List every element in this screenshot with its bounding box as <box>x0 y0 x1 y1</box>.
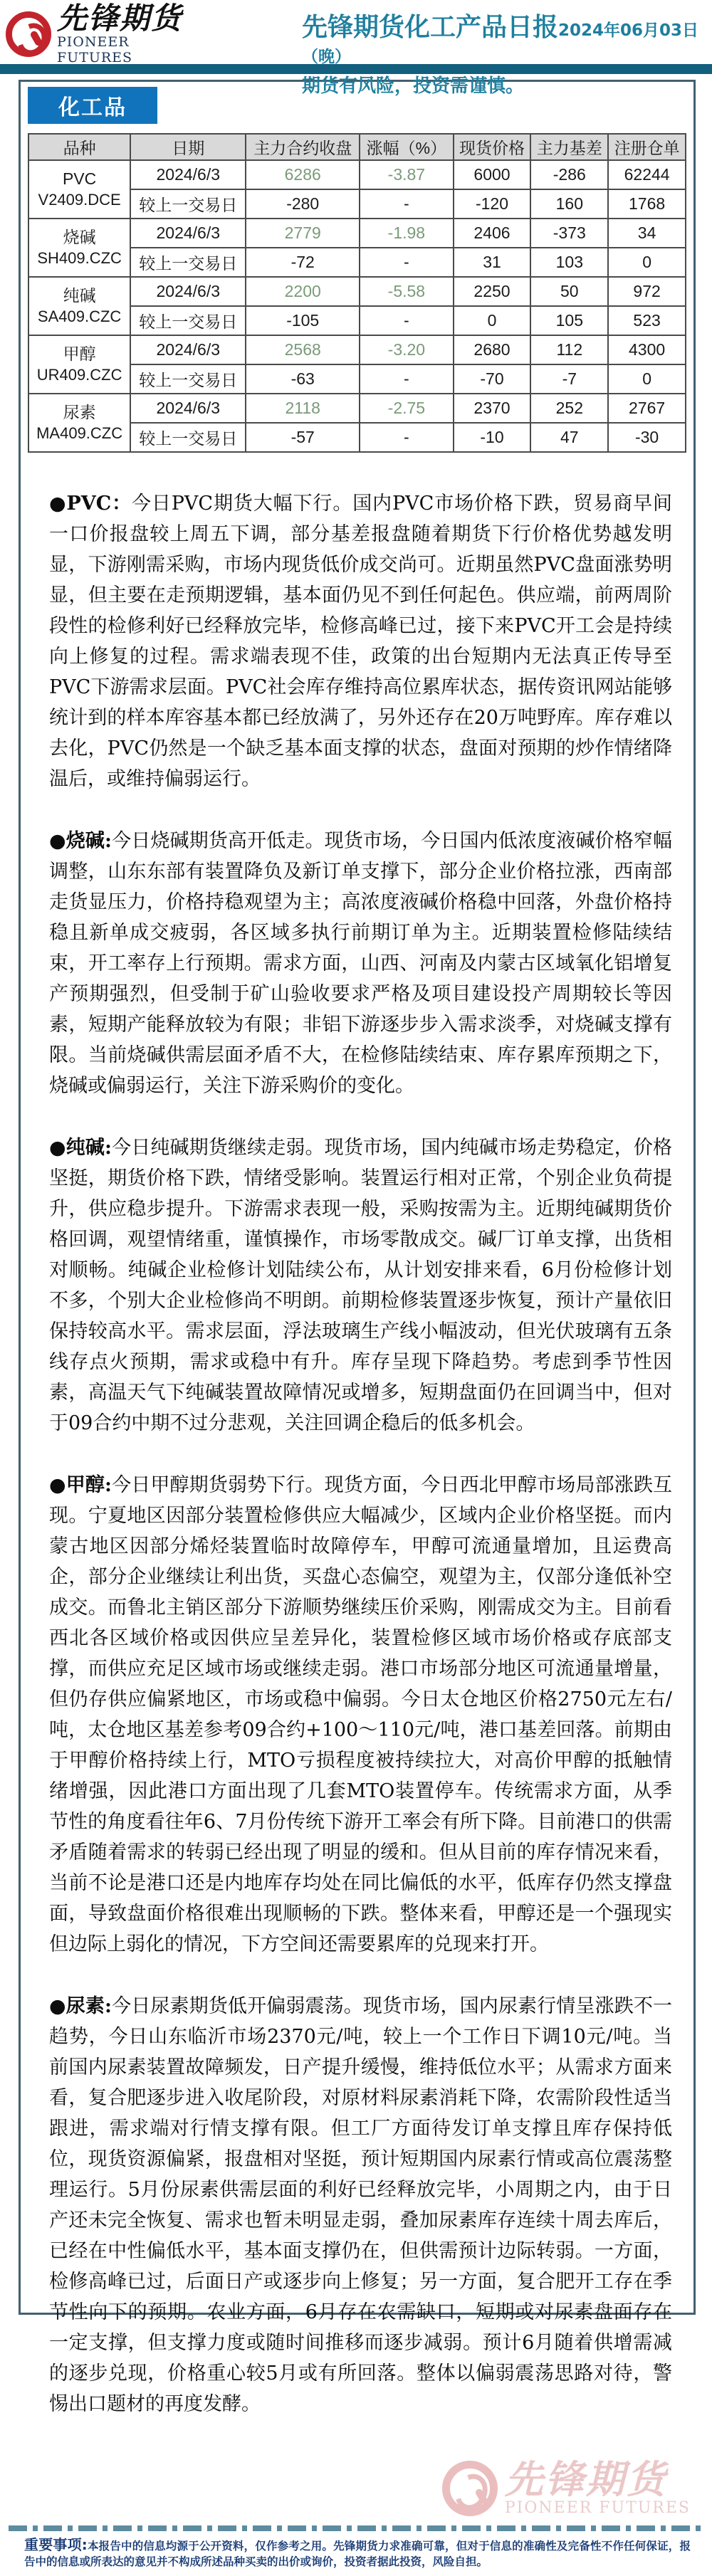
col-warrants: 注册仓单 <box>608 134 686 160</box>
product-name: 甲醇 <box>31 343 127 364</box>
cell-spot-chg: -10 <box>454 423 531 452</box>
content-box: 化工品 品种 日期 主力合约收盘 涨幅（%） 现货价格 主力基差 注册仓单 PV… <box>19 80 696 2315</box>
cell-spot-chg: -120 <box>454 189 531 219</box>
cell-basis-chg: 103 <box>530 248 608 277</box>
cell-date: 2024/6/3 <box>130 335 246 364</box>
analysis-pvc: ●PVC：今日PVC期货大幅下行。国内PVC市场价格下跌，贸易商早间一口价报盘较… <box>49 488 672 794</box>
table-header-row: 品种 日期 主力合约收盘 涨幅（%） 现货价格 主力基差 注册仓单 <box>28 134 686 160</box>
cell-pct: -3.20 <box>360 335 453 364</box>
cell-warrants: 2767 <box>608 394 686 423</box>
cell-close-chg: -63 <box>246 364 360 394</box>
cell-warrants: 34 <box>608 219 686 248</box>
report-page: 先锋期货 PIONEER FUTURES 先锋期货化工产品日报2024年06月0… <box>0 0 712 2576</box>
cell-date: 2024/6/3 <box>130 394 246 423</box>
cell-spot-chg: 31 <box>454 248 531 277</box>
cell-warrants: 4300 <box>608 335 686 364</box>
cell-pct-chg: - <box>360 306 453 335</box>
analysis-label: ●尿素: <box>49 1995 112 2017</box>
footer-dashed-divider <box>9 2525 703 2531</box>
cell-pct-chg: - <box>360 189 453 219</box>
product-code: SH409.CZC <box>31 248 127 269</box>
brand-name-en: PIONEER FUTURES <box>57 34 202 65</box>
cell-basis: 50 <box>530 277 608 306</box>
cell-spot: 2406 <box>454 219 531 248</box>
watermark-brand-en: PIONEER FUTURES <box>505 2499 691 2517</box>
product-name: PVC <box>31 168 127 189</box>
cell-pct: -5.58 <box>360 277 453 306</box>
product-cell-methanol: 甲醇 UR409.CZC <box>28 335 130 394</box>
disclaimer: 重要事项:本报告中的信息均源于公开资料，仅作参考之用。先锋期货力求准确可靠，但对… <box>24 2537 691 2570</box>
cell-warrants-chg: -30 <box>608 423 686 452</box>
table-row: 甲醇 UR409.CZC 2024/6/3 2568 -3.20 2680 11… <box>28 335 686 364</box>
col-spot: 现货价格 <box>454 134 531 160</box>
analysis-label: ●PVC： <box>49 493 132 515</box>
cell-date: 2024/6/3 <box>130 219 246 248</box>
cell-pct: -1.98 <box>360 219 453 248</box>
cell-spot: 2250 <box>454 277 531 306</box>
product-name: 纯碱 <box>31 285 127 306</box>
report-header: 先锋期货 PIONEER FUTURES 先锋期货化工产品日报2024年06月0… <box>0 0 712 64</box>
col-close: 主力合约收盘 <box>246 134 360 160</box>
product-name: 尿素 <box>31 401 127 423</box>
cell-warrants-chg: 523 <box>608 306 686 335</box>
table-row: PVC V2409.DCE 2024/6/3 6286 -3.87 6000 -… <box>28 160 686 189</box>
cell-pct-chg: - <box>360 248 453 277</box>
cell-close-chg: -57 <box>246 423 360 452</box>
cell-spot-chg: 0 <box>454 306 531 335</box>
cell-close-chg: -72 <box>246 248 360 277</box>
cell-close: 2118 <box>246 394 360 423</box>
cell-pct-chg: - <box>360 423 453 452</box>
cell-pct: -2.75 <box>360 394 453 423</box>
analysis-text: 今日烧碱期货高开低走。现货市场，今日国内低浓度液碱价格窄幅调整，山东东部有装置降… <box>49 830 672 1097</box>
table-row: 尿素 MA409.CZC 2024/6/3 2118 -2.75 2370 25… <box>28 394 686 423</box>
analysis-methanol: ●甲醇:今日甲醇期货弱势下行。现货方面，今日西北甲醇市场局部涨跌互现。宁夏地区因… <box>49 1470 672 1960</box>
cell-warrants-chg: 0 <box>608 364 686 394</box>
analysis-soda-ash: ●纯碱:今日纯碱期货继续走弱。现货市场，国内纯碱市场走势稳定，价格坚挺，期货价格… <box>49 1132 672 1439</box>
section-label-chemicals: 化工品 <box>28 87 157 124</box>
cell-basis: -286 <box>530 160 608 189</box>
analysis-text: 今日PVC期货大幅下行。国内PVC市场价格下跌，贸易商早间一口价报盘较上周五下调… <box>49 493 672 790</box>
table-row: 烧碱 SH409.CZC 2024/6/3 2779 -1.98 2406 -3… <box>28 219 686 248</box>
cell-close: 2779 <box>246 219 360 248</box>
analysis-label: ●烧碱: <box>49 830 112 852</box>
cell-close-chg: -105 <box>246 306 360 335</box>
table-row: 纯碱 SA409.CZC 2024/6/3 2200 -5.58 2250 50… <box>28 277 686 306</box>
pioneer-logo-icon <box>6 11 51 57</box>
cell-warrants: 972 <box>608 277 686 306</box>
product-code: UR409.CZC <box>31 364 127 386</box>
cell-date: 2024/6/3 <box>130 160 246 189</box>
cell-warrants-chg: 1768 <box>608 189 686 219</box>
cell-spot: 2680 <box>454 335 531 364</box>
cell-prev-label: 较上一交易日 <box>130 423 246 452</box>
cell-prev-label: 较上一交易日 <box>130 189 246 219</box>
product-name: 烧碱 <box>31 226 127 248</box>
col-pct: 涨幅（%） <box>360 134 453 160</box>
disclaimer-label: 重要事项: <box>24 2536 88 2553</box>
disclaimer-text: 本报告中的信息均源于公开资料，仅作参考之用。先锋期货力求准确可靠，但对于信息的准… <box>24 2540 691 2568</box>
cell-close: 2568 <box>246 335 360 364</box>
cell-close: 6286 <box>246 160 360 189</box>
cell-spot: 2370 <box>454 394 531 423</box>
cell-date: 2024/6/3 <box>130 277 246 306</box>
cell-spot-chg: -70 <box>454 364 531 394</box>
pioneer-logo-watermark: 先锋期货 PIONEER FUTURES <box>442 2459 691 2517</box>
cell-prev-label: 较上一交易日 <box>130 364 246 394</box>
header-titles: 先锋期货化工产品日报2024年06月03日（晚） 期货有风险，投资需谨慎。 <box>202 4 712 64</box>
product-code: V2409.DCE <box>31 189 127 211</box>
cell-basis-chg: -7 <box>530 364 608 394</box>
col-date: 日期 <box>130 134 246 160</box>
pioneer-logo-watermark-icon <box>442 2461 498 2516</box>
cell-basis-chg: 105 <box>530 306 608 335</box>
cell-close: 2200 <box>246 277 360 306</box>
analysis-text: 今日尿素期货低开偏弱震荡。现货市场，国内尿素行情呈涨跌不一趋势，今日山东临沂市场… <box>49 1995 672 2415</box>
col-variety: 品种 <box>28 134 130 160</box>
analysis-caustic-soda: ●烧碱:今日烧碱期货高开低走。现货市场，今日国内低浓度液碱价格窄幅调整，山东东部… <box>49 826 672 1101</box>
product-code: MA409.CZC <box>31 423 127 444</box>
product-cell-soda-ash: 纯碱 SA409.CZC <box>28 277 130 335</box>
analysis-text: 今日甲醇期货弱势下行。现货方面，今日西北甲醇市场局部涨跌互现。宁夏地区因部分装置… <box>49 1474 672 1955</box>
col-basis: 主力基差 <box>530 134 608 160</box>
risk-warning: 期货有风险，投资需谨慎。 <box>302 71 712 98</box>
watermark-brand-cn: 先锋期货 <box>505 2459 691 2499</box>
analysis-label: ●纯碱: <box>49 1137 112 1159</box>
report-title: 先锋期货化工产品日报 <box>302 13 558 42</box>
cell-basis-chg: 47 <box>530 423 608 452</box>
cell-spot: 6000 <box>454 160 531 189</box>
cell-prev-label: 较上一交易日 <box>130 248 246 277</box>
brand-name-cn: 先锋期货 <box>57 3 202 34</box>
cell-basis: 112 <box>530 335 608 364</box>
cell-warrants: 62244 <box>608 160 686 189</box>
product-cell-pvc: PVC V2409.DCE <box>28 160 130 219</box>
brand-logo: 先锋期货 PIONEER FUTURES <box>6 4 202 64</box>
product-code: SA409.CZC <box>31 306 127 327</box>
analysis-label: ●甲醇: <box>49 1474 112 1496</box>
analysis-urea: ●尿素:今日尿素期货低开偏弱震荡。现货市场，国内尿素行情呈涨跌不一趋势，今日山东… <box>49 1991 672 2419</box>
cell-warrants-chg: 0 <box>608 248 686 277</box>
cell-pct-chg: - <box>360 364 453 394</box>
cell-prev-label: 较上一交易日 <box>130 306 246 335</box>
cell-basis: 252 <box>530 394 608 423</box>
product-cell-urea: 尿素 MA409.CZC <box>28 394 130 452</box>
cell-close-chg: -280 <box>246 189 360 219</box>
quote-table: 品种 日期 主力合约收盘 涨幅（%） 现货价格 主力基差 注册仓单 PVC V2… <box>28 133 686 453</box>
analysis-sections: ●PVC：今日PVC期货大幅下行。国内PVC市场价格下跌，贸易商早间一口价报盘较… <box>28 488 686 2419</box>
cell-basis-chg: 160 <box>530 189 608 219</box>
product-cell-caustic-soda: 烧碱 SH409.CZC <box>28 219 130 277</box>
analysis-text: 今日纯碱期货继续走弱。现货市场，国内纯碱市场走势稳定，价格坚挺，期货价格下跌，情… <box>49 1137 672 1434</box>
cell-pct: -3.87 <box>360 160 453 189</box>
cell-basis: -373 <box>530 219 608 248</box>
